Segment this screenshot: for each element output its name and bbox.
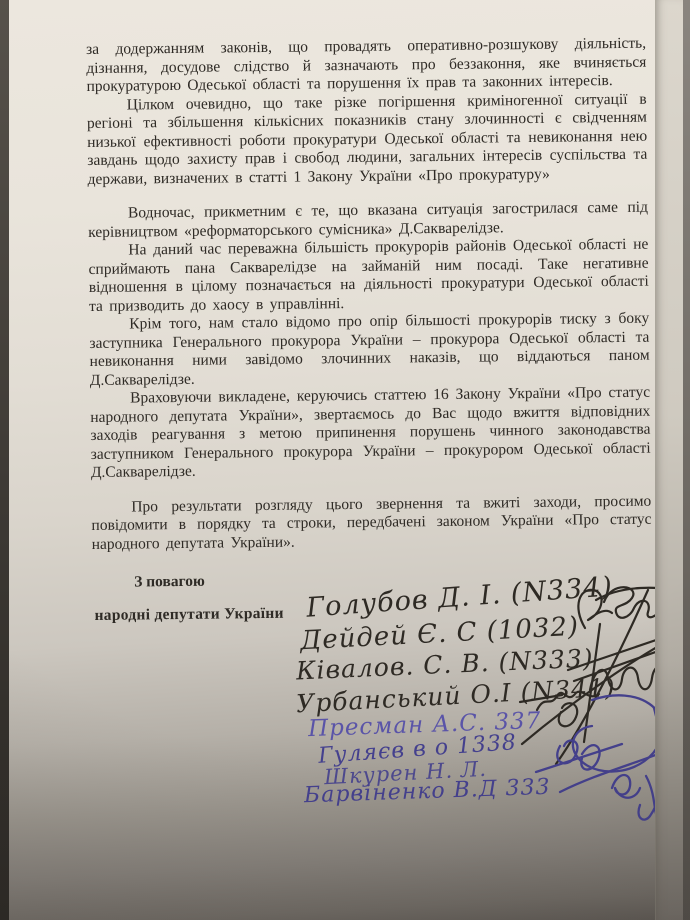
signature-text-illegible: Шкурен Н. Л. — [323, 757, 487, 789]
signature-text-kivalov: Ківалов. С. В. (N333) — [296, 644, 595, 686]
salutation: З повагою — [134, 568, 652, 592]
paragraph: Крім того, нам стало відомо про опір біл… — [89, 310, 650, 390]
paragraph: Про результати розгляду цього звернення … — [91, 492, 652, 554]
signature-text-huliaiev: Гуляєв в о 1338 — [317, 730, 517, 769]
paragraph: Враховуючи викладене, керуючись статтею … — [90, 384, 651, 483]
photo-left-border — [0, 0, 9, 920]
photo-right-border — [683, 0, 690, 920]
paragraph: На даний час переважна більшість прокуро… — [88, 236, 649, 316]
paragraph-continuation: за додержанням законів, що провадять опе… — [86, 35, 647, 97]
document-photo: за додержанням законів, що провадять опе… — [0, 0, 690, 920]
paragraph: Цілком очевидно, що таке різке погіршенн… — [87, 90, 648, 189]
signature-text-presman: Пресман А.С. 337 — [308, 708, 542, 742]
signers-title: народні депутати України — [94, 600, 652, 625]
signature-text-barvinenko: Барвіненко В.Д 333 — [304, 775, 551, 809]
paragraph: Водночас, прикметним є те, що вказана си… — [88, 199, 648, 242]
letter-body: за додержанням законів, що провадять опе… — [86, 35, 653, 625]
signature-text-urbanskyi: Урбанський О.І (N341) — [295, 673, 616, 719]
paper-right-edge — [655, 0, 683, 920]
